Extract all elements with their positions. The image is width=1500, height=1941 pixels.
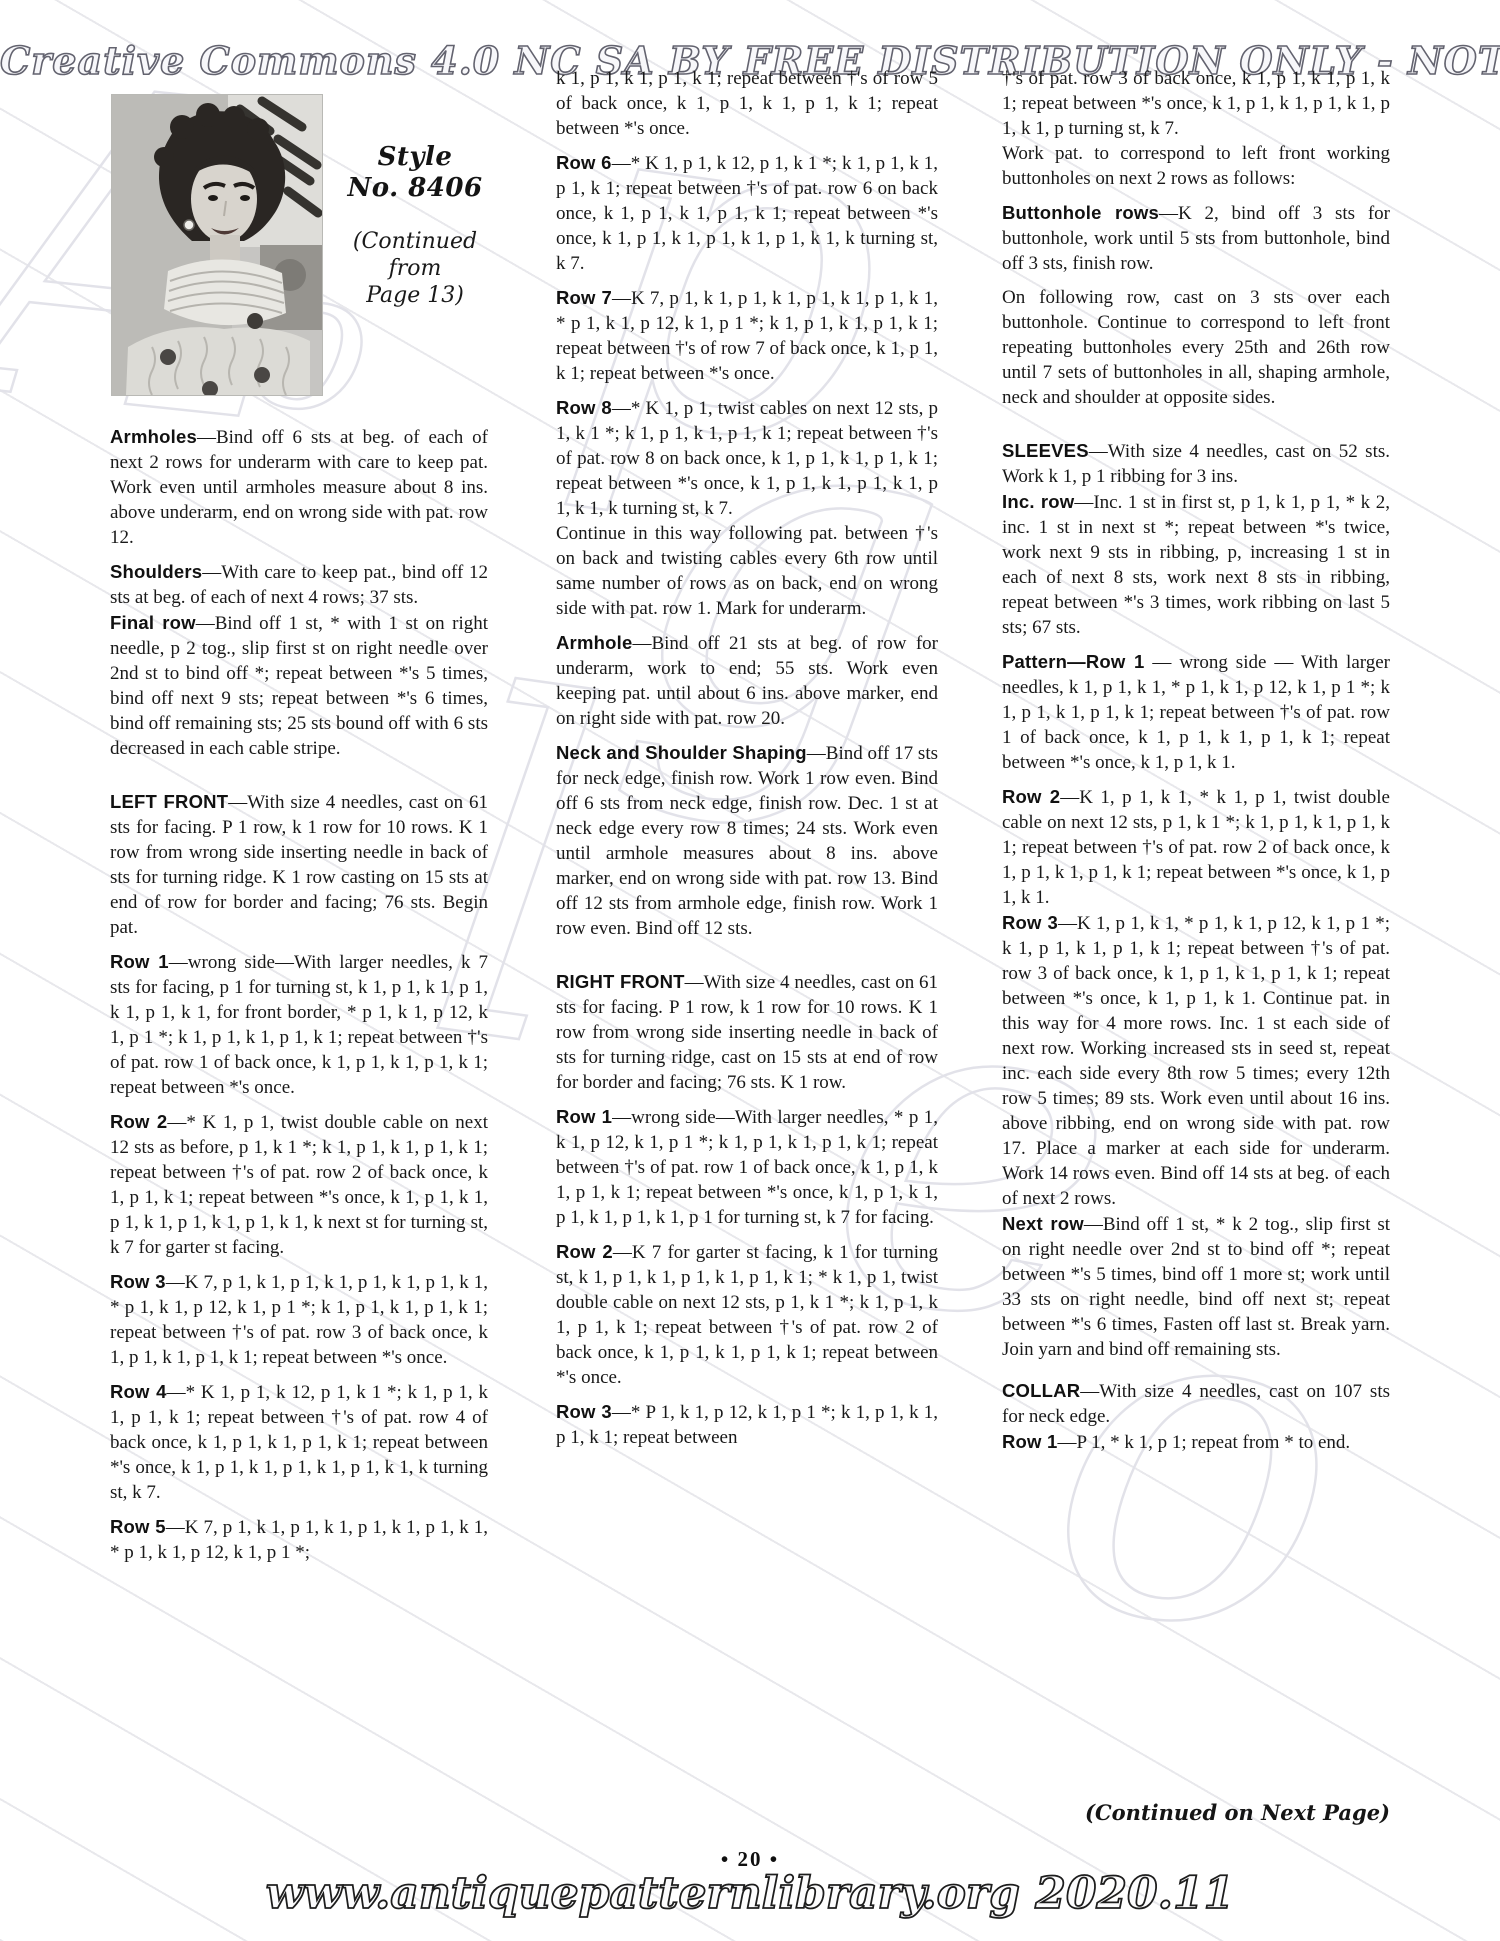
paragraph: Final row—Bind off 1 st, * with 1 st on … (110, 610, 488, 761)
paragraph: Row 1—P 1, * k 1, p 1; repeat from * to … (1002, 1429, 1390, 1455)
paragraph: Armhole—Bind off 21 sts at beg. of row f… (556, 630, 938, 731)
paragraph: Armholes—Bind off 6 sts at beg. of each … (110, 424, 488, 550)
column-3-paragraphs: †'s of pat. row 3 of back once, k 1, p 1… (1002, 66, 1390, 1455)
paragraph-lead: Row 1 (1002, 1431, 1057, 1452)
paragraph: Buttonhole rows—K 2, bind off 3 sts for … (1002, 200, 1390, 276)
paragraph: Row 3—* P 1, k 1, p 12, k 1, p 1 *; k 1,… (556, 1399, 938, 1450)
paragraph-lead: Row 6 (556, 152, 612, 173)
paragraph: Shoulders—With care to keep pat., bind o… (110, 559, 488, 610)
paragraph-text: —Bind off 1 st, * with 1 st on right nee… (110, 613, 488, 759)
paragraph-text: —* K 1, p 1, k 12, p 1, k 1 *; k 1, p 1,… (556, 153, 938, 274)
paragraph: On following row, cast on 3 sts over eac… (1002, 285, 1390, 410)
paragraph-text: —K 1, p 1, k 1, * k 1, p 1, twist double… (1002, 787, 1390, 908)
paragraph-lead: Row 2 (110, 1111, 167, 1132)
paragraph-text: —Bind off 17 sts for neck edge, finish r… (556, 743, 938, 939)
paragraph-text: —K 7, p 1, k 1, p 1, k 1, p 1, k 1, p 1,… (110, 1517, 488, 1563)
continued-line: (Continued (332, 228, 498, 255)
paragraph-text: Continue in this way following pat. betw… (556, 523, 938, 619)
paragraph: Row 1—wrong side—With larger needles, k … (110, 949, 488, 1100)
paragraph: Row 5—K 7, p 1, k 1, p 1, k 1, p 1, k 1,… (110, 1514, 488, 1565)
paragraph-lead: Next row (1002, 1213, 1084, 1234)
paragraph: Row 4—* K 1, p 1, k 12, p 1, k 1 *; k 1,… (110, 1379, 488, 1505)
paragraph: Row 3—K 7, p 1, k 1, p 1, k 1, p 1, k 1,… (110, 1269, 488, 1370)
continued-line: Page 13) (332, 282, 498, 309)
paragraph: Inc. row—Inc. 1 st in first st, p 1, k 1… (1002, 489, 1390, 640)
paragraph: Row 7—K 7, p 1, k 1, p 1, k 1, p 1, k 1,… (556, 285, 938, 386)
paragraph-lead: Armholes (110, 426, 197, 447)
paragraph-text: —Inc. 1 st in first st, p 1, k 1, p 1, *… (1002, 492, 1390, 638)
paragraph-lead: COLLAR (1002, 1380, 1080, 1401)
paragraph: Row 6—* K 1, p 1, k 12, p 1, k 1 *; k 1,… (556, 150, 938, 276)
paragraph-text: †'s of pat. row 3 of back once, k 1, p 1… (1002, 68, 1390, 139)
paragraph: Row 3—K 1, p 1, k 1, * p 1, k 1, p 12, k… (1002, 910, 1390, 1211)
paragraph-text: —Bind off 1 st, * k 2 tog., slip first s… (1002, 1214, 1390, 1360)
style-photo (112, 95, 322, 395)
paragraph-lead: Row 5 (110, 1516, 166, 1537)
paragraph-text: —K 7, p 1, k 1, p 1, k 1, p 1, k 1, p 1,… (110, 1272, 488, 1368)
paragraph-text: —* K 1, p 1, k 12, p 1, k 1 *; k 1, p 1,… (110, 1382, 488, 1503)
paragraph-text: —With size 4 needles, cast on 61 sts for… (110, 792, 488, 938)
paragraph-text: On following row, cast on 3 sts over eac… (1002, 287, 1390, 408)
paragraph-text: —wrong side—With larger needles, * p 1, … (556, 1107, 938, 1228)
paragraph-lead: Neck and Shoulder Shaping (556, 742, 807, 763)
paragraph-lead: Armhole (556, 632, 632, 653)
paragraph-text: —P 1, * k 1, p 1; repeat from * to end. (1057, 1432, 1350, 1453)
paragraph: Row 8—* K 1, p 1, twist cables on next 1… (556, 395, 938, 521)
paragraph: Row 2—K 7 for garter st facing, k 1 for … (556, 1239, 938, 1390)
paragraph: Row 2—* K 1, p 1, twist double cable on … (110, 1109, 488, 1260)
paragraph-lead: Final row (110, 612, 196, 633)
paragraph: Next row—Bind off 1 st, * k 2 tog., slip… (1002, 1211, 1390, 1362)
paragraph: k 1, p 1, k 1, p 1, k 1; repeat between … (556, 66, 938, 141)
column-2-paragraphs: k 1, p 1, k 1, p 1, k 1; repeat between … (556, 66, 938, 1450)
paragraph: SLEEVES—With size 4 needles, cast on 52 … (1002, 438, 1390, 489)
continued-next-page-note: (Continued on Next Page) (1002, 1800, 1390, 1825)
scanned-pattern-page: A p o g l e o Creative Commons 4.0 NC SA… (0, 0, 1500, 1941)
paragraph-text: —wrong side—With larger needles, k 7 sts… (110, 952, 488, 1098)
paragraph: Row 1—wrong side—With larger needles, * … (556, 1104, 938, 1230)
paragraph-lead: Shoulders (110, 561, 202, 582)
paragraph-lead: SLEEVES (1002, 440, 1089, 461)
paragraph-lead: RIGHT FRONT (556, 971, 685, 992)
column-1-paragraphs: Armholes—Bind off 6 sts at beg. of each … (110, 424, 488, 1565)
photo-caption: Style No. 8406 (Continued from Page 13) (332, 142, 498, 309)
paragraph: Continue in this way following pat. betw… (556, 521, 938, 621)
paragraph-lead: Pattern—Row 1 (1002, 651, 1145, 672)
paragraph-text: k 1, p 1, k 1, p 1, k 1; repeat between … (556, 68, 938, 139)
paragraph-lead: Inc. row (1002, 491, 1074, 512)
paragraph: Pattern—Row 1 — wrong side — With larger… (1002, 649, 1390, 775)
text-column-3: †'s of pat. row 3 of back once, k 1, p 1… (1002, 66, 1390, 1808)
site-credit: www.antiquepatternlibrary.org 2020.11 (0, 1868, 1500, 1919)
style-label: Style (332, 142, 498, 173)
paragraph: Work pat. to correspond to left front wo… (1002, 141, 1390, 191)
paragraph: Row 2—K 1, p 1, k 1, * k 1, p 1, twist d… (1002, 784, 1390, 910)
paragraph: LEFT FRONT—With size 4 needles, cast on … (110, 789, 488, 940)
text-column-2: k 1, p 1, k 1, p 1, k 1; repeat between … (556, 66, 938, 1808)
text-column-1: Armholes—Bind off 6 sts at beg. of each … (110, 424, 488, 1824)
paragraph: COLLAR—With size 4 needles, cast on 107 … (1002, 1378, 1390, 1429)
paragraph-lead: Row 3 (556, 1401, 612, 1422)
paragraph-text: —K 7, p 1, k 1, p 1, k 1, p 1, k 1, p 1,… (556, 288, 938, 384)
paragraph-lead: Row 4 (110, 1381, 167, 1402)
style-photo-illustration (112, 95, 322, 395)
paragraph: RIGHT FRONT—With size 4 needles, cast on… (556, 969, 938, 1095)
paragraph: †'s of pat. row 3 of back once, k 1, p 1… (1002, 66, 1390, 141)
paragraph-text: Work pat. to correspond to left front wo… (1002, 143, 1390, 189)
paragraph-lead: Row 1 (110, 951, 169, 972)
continued-line: from (332, 255, 498, 282)
continued-from-note: (Continued from Page 13) (332, 228, 498, 309)
paragraph-lead: Buttonhole rows (1002, 202, 1159, 223)
paragraph-lead: Row 2 (1002, 786, 1060, 807)
paragraph-lead: Row 1 (556, 1106, 612, 1127)
paragraph-text: —* K 1, p 1, twist cables on next 12 sts… (556, 398, 938, 519)
paragraph: Neck and Shoulder Shaping—Bind off 17 st… (556, 740, 938, 941)
paragraph-text: —* K 1, p 1, twist double cable on next … (110, 1112, 488, 1258)
paragraph-lead: Row 3 (1002, 912, 1058, 933)
paragraph-lead: Row 3 (110, 1271, 166, 1292)
paragraph-lead: Row 7 (556, 287, 612, 308)
paragraph-text: —K 1, p 1, k 1, * p 1, k 1, p 12, k 1, p… (1002, 913, 1390, 1209)
paragraph-lead: Row 2 (556, 1241, 613, 1262)
paragraph-lead: Row 8 (556, 397, 612, 418)
paragraph-text: —K 7 for garter st facing, k 1 for turni… (556, 1242, 938, 1388)
paragraph-text: —* P 1, k 1, p 12, k 1, p 1 *; k 1, p 1,… (556, 1402, 938, 1448)
style-number: No. 8406 (332, 173, 498, 204)
paragraph-lead: LEFT FRONT (110, 791, 228, 812)
